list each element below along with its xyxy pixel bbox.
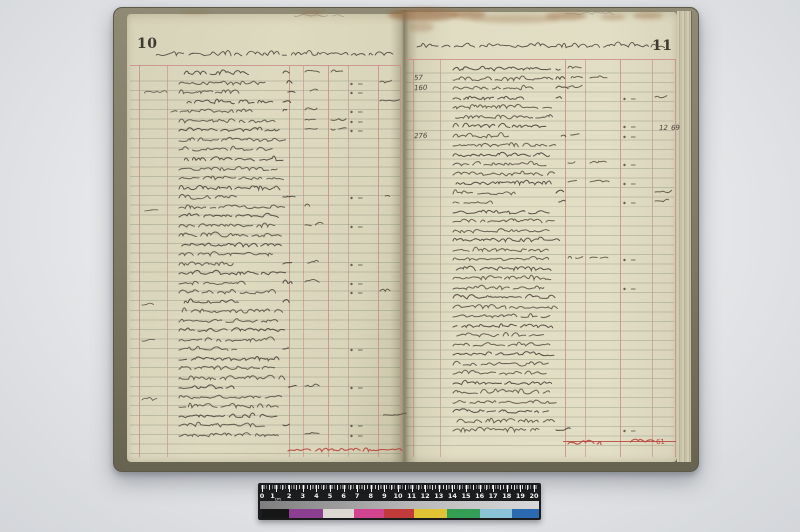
cm-tick [493,485,494,492]
column-rule [675,59,676,457]
cm-tick [507,485,508,492]
ruler-number: 14 [448,492,457,500]
foxing-stain [408,22,434,32]
ruler-number: 7 [355,492,360,500]
half-cm-tick [473,485,474,490]
cm-tick [371,485,372,492]
ruler-number: 19 [516,492,525,500]
cm-tick [466,485,467,492]
half-cm-tick [350,485,351,490]
column-rule [652,59,653,457]
column-rule [585,59,586,457]
cm-tick [412,485,413,492]
ruler-number: 0 [260,492,265,500]
column-rule [348,65,349,457]
cm-tick [303,485,304,492]
cm-tick [398,485,399,492]
ruler-number: 8 [369,492,374,500]
half-cm-tick [337,485,338,490]
column-rule [289,65,290,457]
column-rule [620,59,621,457]
cm-tick [276,485,277,492]
half-cm-tick [282,485,283,490]
column-rule [378,65,379,457]
ruler-number: 20 [529,492,538,500]
ruler-number: 2 [287,492,292,500]
cm-tick [425,485,426,492]
color-patch-green [447,509,480,518]
cm-tick [344,485,345,492]
foxing-stain [545,12,587,20]
ruler-number: 5 [328,492,333,500]
column-rule [167,65,168,457]
color-patch-black [262,509,289,518]
half-cm-tick [527,485,528,490]
half-cm-tick [446,485,447,490]
half-cm-tick [500,485,501,490]
cm-tick [480,485,481,492]
ruler-number: 3 [301,492,306,500]
column-rule [303,65,304,457]
photo-stage: 10 11 57160276126961 01cm234567891011121… [0,0,800,532]
header-rule [130,65,400,66]
ruler-number: 6 [341,492,346,500]
column-rule [328,65,329,457]
ruler-number: 10 [393,492,402,500]
ruler-color-patches [260,509,539,518]
page-edge-stack [677,11,692,462]
half-cm-tick [269,485,270,490]
cm-tick [330,485,331,492]
foxing-stain [300,10,324,16]
color-patch-white [323,509,354,518]
color-patch-yellow [414,509,447,518]
column-rule [139,65,140,457]
color-patch-red [384,509,414,518]
page-number-left: 10 [137,36,157,52]
cm-tick [452,485,453,492]
half-cm-tick [486,485,487,490]
ruler-number: 15 [461,492,470,500]
ruler-number: 1cm [270,492,281,501]
foxing-stain [180,10,210,15]
half-cm-tick [514,485,515,490]
page-right [403,12,677,462]
cm-tick [262,485,263,492]
color-patch-light-blue [480,509,513,518]
cm-tick [357,485,358,492]
color-patch-blue [512,509,539,518]
foxing-stain [388,8,458,21]
half-cm-tick [405,485,406,490]
cm-tick [439,485,440,492]
color-patch-purple [289,509,323,518]
cm-tick [384,485,385,492]
foxing-stain [633,12,663,19]
half-cm-tick [432,485,433,490]
cm-tick [534,485,535,492]
half-cm-tick [459,485,460,490]
column-rule [413,59,414,457]
cm-tick [316,485,317,492]
half-cm-tick [391,485,392,490]
ruler-number: 13 [434,492,443,500]
half-cm-tick [378,485,379,490]
foxing-stain [600,14,626,20]
ruled-lines-left [130,72,400,454]
calibration-ruler: 01cm234567891011121314151617181920 [258,483,541,520]
half-cm-tick [364,485,365,490]
ruled-lines-right [406,64,674,454]
ruler-number: 12 [421,492,430,500]
ruler-number: 17 [489,492,498,500]
page-number-right: 11 [652,38,672,54]
ruler-number: 18 [502,492,511,500]
ruler-number: 16 [475,492,484,500]
ruler-grey-gradient [260,501,539,509]
cm-tick [520,485,521,492]
color-patch-magenta [354,509,384,518]
ruler-number: 11 [407,492,416,500]
header-rule [406,59,676,60]
half-cm-tick [296,485,297,490]
half-cm-tick [323,485,324,490]
ruler-number: 9 [382,492,387,500]
half-cm-tick [310,485,311,490]
ruler-number: 4 [314,492,319,500]
column-rule [440,59,441,457]
column-rule [400,65,401,457]
column-rule [565,59,566,457]
half-cm-tick [418,485,419,490]
page-left [127,14,403,462]
cm-tick [289,485,290,492]
